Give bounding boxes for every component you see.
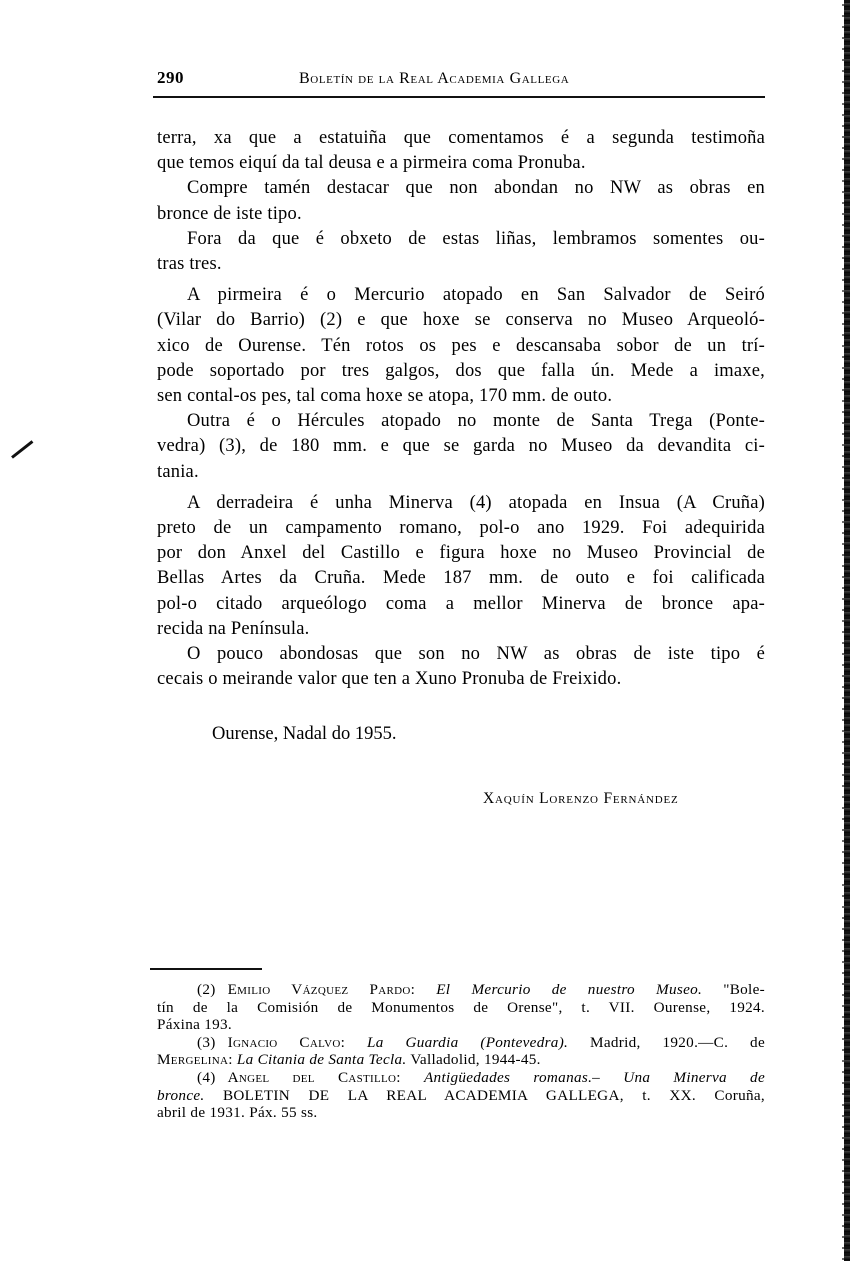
footnote-3: (3)Ignacio Calvo: La Guardia (Pontevedra… xyxy=(157,1034,765,1069)
paragraph: A pirmeira é o Mercurio atopado en San S… xyxy=(157,283,765,409)
footnote-number: (4) xyxy=(197,1069,216,1086)
text-line: O pouco abondosas que son no NW as obras… xyxy=(157,642,765,667)
paragraph: O pouco abondosas que son no NW as obras… xyxy=(157,642,765,692)
footnote-author: Emilio Vázquez Pardo: xyxy=(228,981,416,998)
text-line: que temos eiquí da tal deusa e a pirmeir… xyxy=(157,151,765,176)
journal-title: Boletín de la Real Academia Gallega xyxy=(299,70,569,88)
footnote-text: Madrid, 1920.—C. de xyxy=(590,1034,765,1051)
footnote-title: bronce. xyxy=(157,1087,205,1104)
text-line: preto de un campamento romano, pol-o ano… xyxy=(157,516,765,541)
text-line: (Vilar do Barrio) (2) e que hoxe se cons… xyxy=(157,308,765,333)
text-line: Compre tamén destacar que non abondan no… xyxy=(157,176,765,201)
footnote-4: (4)Angel del Castillo: Antigüedades roma… xyxy=(157,1069,765,1122)
footnote-line: (3)Ignacio Calvo: La Guardia (Pontevedra… xyxy=(157,1034,765,1052)
footnote-line: bronce. BOLETIN DE LA REAL ACADEMIA GALL… xyxy=(157,1087,765,1105)
text-line: tania. xyxy=(157,460,765,485)
footnote-author: Angel del Castillo: xyxy=(228,1069,401,1086)
text-line: sen contal-os pes, tal coma hoxe se atop… xyxy=(157,384,765,409)
footnote-line: (4)Angel del Castillo: Antigüedades roma… xyxy=(157,1069,765,1087)
paragraph: Compre tamén destacar que non abondan no… xyxy=(157,176,765,226)
footnote-rule xyxy=(150,968,262,970)
text-line: pol-o citado arqueólogo coma a mellor Mi… xyxy=(157,592,765,617)
footnote-number: (2) xyxy=(197,981,216,998)
footnote-title: El Mercurio de nuestro Museo. xyxy=(436,981,702,998)
text-line: Outra é o Hércules atopado no monte de S… xyxy=(157,409,765,434)
text-line: xico de Ourense. Tén rotos os pes e desc… xyxy=(157,334,765,359)
text-line: Bellas Artes da Cruña. Mede 187 mm. de o… xyxy=(157,566,765,591)
paragraph: terra, xa que a estatuiña que comentamos… xyxy=(157,126,765,176)
paragraph: Outra é o Hércules atopado no monte de S… xyxy=(157,409,765,485)
footnote-text: Valladolid, 1944-45. xyxy=(410,1051,540,1068)
footnote-title: Antigüedades romanas.– Una Minerva de xyxy=(424,1069,765,1086)
text-line: bronce de iste tipo. xyxy=(157,202,765,227)
footnote-line: abril de 1931. Páx. 55 ss. xyxy=(157,1104,765,1122)
text-line: A pirmeira é o Mercurio atopado en San S… xyxy=(157,283,765,308)
paragraph: A derradeira é unha Minerva (4) atopada … xyxy=(157,491,765,642)
author-signature: Xaquín Lorenzo Fernández xyxy=(483,790,679,808)
footnote-author: Mergelina: xyxy=(157,1051,233,1068)
footnote-title: La Guardia (Pontevedra). xyxy=(367,1034,568,1051)
footnote-line: Páxina 193. xyxy=(157,1016,765,1034)
margin-pencil-mark-icon xyxy=(11,440,33,458)
dateline: Ourense, Nadal do 1955. xyxy=(212,724,396,745)
footnote-text: BOLETIN DE LA REAL ACADEMIA GALLEGA, t. … xyxy=(223,1087,765,1104)
text-line: terra, xa que a estatuiña que comentamos… xyxy=(157,126,765,151)
text-line: Fora da que é obxeto de estas liñas, lem… xyxy=(157,227,765,252)
text-line: A derradeira é unha Minerva (4) atopada … xyxy=(157,491,765,516)
footnote-line: tín de la Comisión de Monumentos de Oren… xyxy=(157,999,765,1017)
text-line: pode soportado por tres galgos, dos que … xyxy=(157,359,765,384)
footnote-number: (3) xyxy=(197,1034,216,1051)
scanned-page: 290 Boletín de la Real Academia Gallega … xyxy=(0,0,850,1261)
footnote-line: (2)Emilio Vázquez Pardo: El Mercurio de … xyxy=(157,981,765,999)
text-line: tras tres. xyxy=(157,252,765,277)
running-head: 290 Boletín de la Real Academia Gallega xyxy=(155,64,767,94)
footnote-title: La Citania de Santa Tecla. xyxy=(237,1051,407,1068)
text-line: recida na Península. xyxy=(157,617,765,642)
footnote-author: Ignacio Calvo: xyxy=(228,1034,345,1051)
footnote-2: (2)Emilio Vázquez Pardo: El Mercurio de … xyxy=(157,981,765,1034)
body-text: terra, xa que a estatuiña que comentamos… xyxy=(157,126,765,692)
footnote-line: Mergelina: La Citania de Santa Tecla. Va… xyxy=(157,1051,765,1069)
page-number: 290 xyxy=(157,68,184,88)
text-line: cecais o meirande valor que ten a Xuno P… xyxy=(157,667,765,692)
footnote-text: "Bole- xyxy=(723,981,765,998)
header-rule xyxy=(153,96,765,98)
text-line: vedra) (3), de 180 mm. e que se garda no… xyxy=(157,434,765,459)
scan-border xyxy=(844,0,850,1261)
footnotes: (2)Emilio Vázquez Pardo: El Mercurio de … xyxy=(157,981,765,1122)
text-line: por don Anxel del Castillo e figura hoxe… xyxy=(157,541,765,566)
paragraph: Fora da que é obxeto de estas liñas, lem… xyxy=(157,227,765,277)
